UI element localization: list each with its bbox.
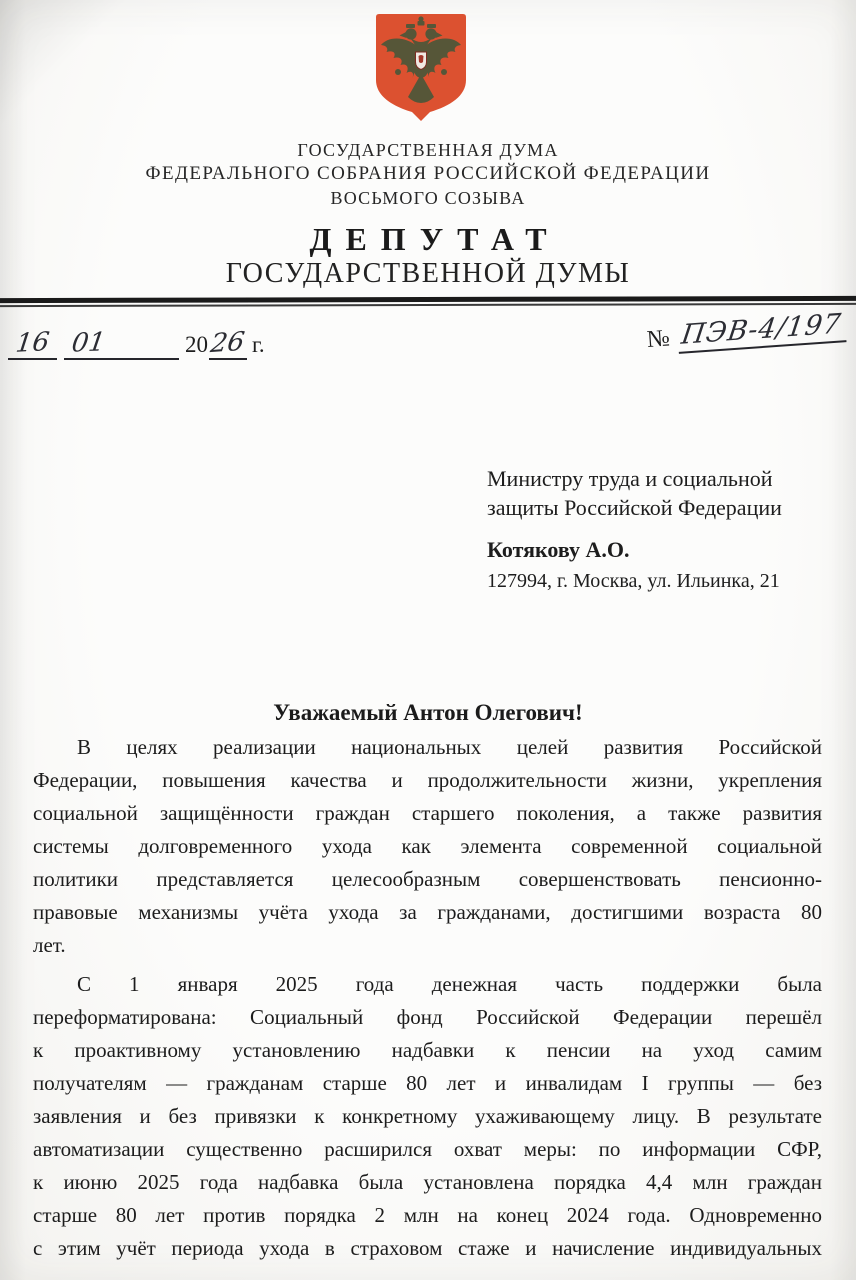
divider-thick-line <box>0 296 856 303</box>
date-field: 16 01 20 26 г. <box>8 328 265 360</box>
letter-body: В целях реализации национальных целей ра… <box>33 731 822 1265</box>
body-line: старше 80 лет против порядка 2 млн на ко… <box>33 1199 822 1232</box>
number-handwritten: ПЭВ-4/197 <box>679 308 843 351</box>
body-line: правовые механизмы учёта ухода за гражда… <box>33 896 822 929</box>
date-day-field: 16 <box>8 328 57 360</box>
addressee-address: 127994, г. Москва, ул. Ильинка, 21 <box>487 567 782 596</box>
russian-coat-of-arms-emblem <box>374 11 468 125</box>
body-line: социальной защищённости граждан старшего… <box>33 797 822 830</box>
double-headed-eagle-icon <box>374 11 468 125</box>
body-line: получателям — гражданам старше 80 лет и … <box>33 1067 822 1100</box>
date-year-abbr: г. <box>252 330 265 360</box>
body-line: автоматизации существенно расширился охв… <box>33 1133 822 1166</box>
outgoing-number-field: № ПЭВ-4/197 <box>646 308 847 356</box>
body-line: лет. <box>33 929 822 962</box>
date-year-handwritten: 26 <box>209 327 247 359</box>
body-line: В целях реализации национальных целей ра… <box>33 731 822 764</box>
body-line: системы долговременного ухода как элемен… <box>33 830 822 863</box>
body-line: заявления и без привязки к конкретному у… <box>33 1100 822 1133</box>
body-line: к проактивному установлению надбавки к п… <box>33 1034 822 1067</box>
salutation: Уважаемый Антон Олегович! <box>0 700 856 726</box>
date-day-handwritten: 16 <box>14 327 51 359</box>
addressee-name: Котякову А.О. <box>487 535 782 564</box>
deputy-subtitle: ГОСУДАРСТВЕННОЙ ДУМЫ <box>0 258 856 290</box>
org-name-line2: ФЕДЕРАЛЬНОГО СОБРАНИЯ РОССИЙСКОЙ ФЕДЕРАЦ… <box>0 162 856 186</box>
body-line: с этим учёт периода ухода в страховом ст… <box>33 1232 822 1265</box>
date-year-field: 26 <box>209 328 247 360</box>
paragraph-2: С 1 января 2025 года денежная часть подд… <box>33 968 822 1265</box>
paragraph-1: В целях реализации национальных целей ра… <box>33 731 822 962</box>
number-sign: № <box>646 322 671 356</box>
addressee-block: Министру труда и социальной защиты Росси… <box>487 464 782 596</box>
body-line: Федерации, повышения качества и продолжи… <box>33 764 822 797</box>
date-year-prefix: 20 <box>185 330 208 360</box>
body-line: политики представляется целесообразным с… <box>33 863 822 896</box>
date-month-field: 01 <box>64 328 179 360</box>
deputy-title: ДЕПУТАТ <box>0 221 856 258</box>
divider-thin-line <box>0 303 856 307</box>
number-value-field: ПЭВ-4/197 <box>676 308 846 354</box>
org-name-line3: ВОСЬМОГО СОЗЫВА <box>0 186 856 210</box>
body-line: С 1 января 2025 года денежная часть подд… <box>33 968 822 1001</box>
addressee-line1: Министру труда и социальной <box>487 464 782 493</box>
addressee-line2: защиты Российской Федерации <box>487 493 782 522</box>
letterhead-divider <box>0 296 856 307</box>
scanned-official-letter: ГОСУДАРСТВЕННАЯ ДУМА ФЕДЕРАЛЬНОГО СОБРАН… <box>0 0 856 1280</box>
body-line: к июню 2025 года надбавка была установле… <box>33 1166 822 1199</box>
org-name-line1: ГОСУДАРСТВЕННАЯ ДУМА <box>0 139 856 162</box>
date-month-handwritten: 01 <box>70 327 108 358</box>
body-line: переформатирована: Социальный фонд Росси… <box>33 1001 822 1034</box>
letterhead-org-block: ГОСУДАРСТВЕННАЯ ДУМА ФЕДЕРАЛЬНОГО СОБРАН… <box>0 139 856 210</box>
